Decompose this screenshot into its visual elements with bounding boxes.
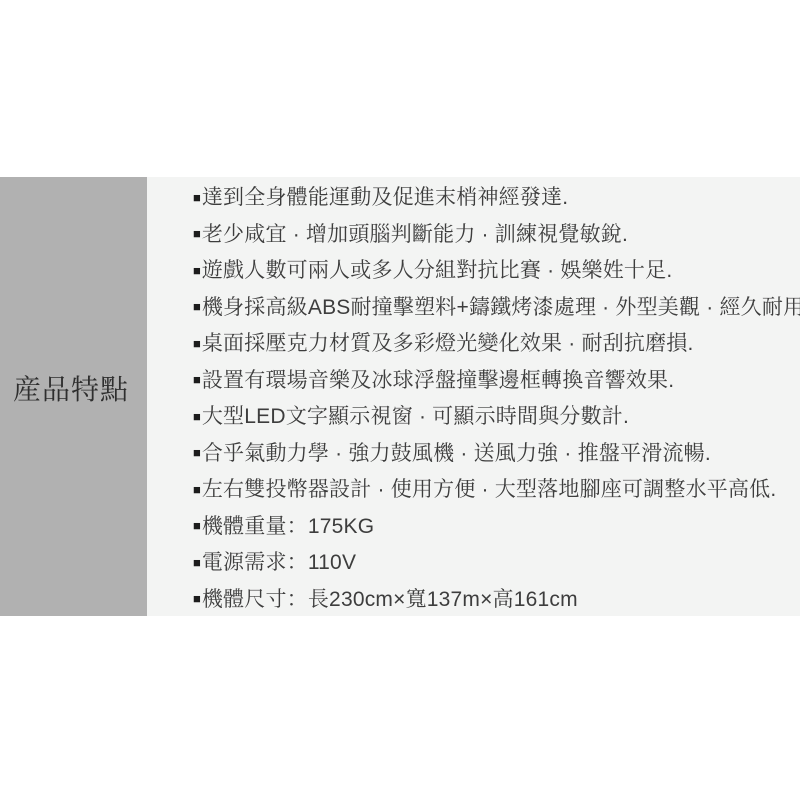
features-list: ■達到全身體能運動及促進末梢神經發達.■老少咸宜 · 增加頭腦判斷能力 · 訓練… xyxy=(147,177,800,616)
feature-text: 左右雙投幣器設計 · 使用方便 · 大型落地腳座可調整水平高低. xyxy=(202,473,777,503)
feature-text: 電源需求：110V xyxy=(202,546,356,576)
feature-item: ■機體重量：175KG xyxy=(193,507,800,544)
feature-item: ■電源需求：110V xyxy=(193,543,800,580)
sidebar-label: 産品特點 xyxy=(13,368,129,408)
bullet-square-icon: ■ xyxy=(193,227,201,240)
feature-text: 機身採高級ABS耐撞擊塑料+鑄鐵烤漆處理 · 外型美觀 · 經久耐用. xyxy=(202,291,800,321)
bullet-square-icon: ■ xyxy=(193,519,201,532)
bullet-square-icon: ■ xyxy=(193,191,201,204)
feature-text: 老少咸宜 · 增加頭腦判斷能力 · 訓練視覺敏銳. xyxy=(202,218,628,248)
feature-text: 達到全身體能運動及促進末梢神經發達. xyxy=(202,181,568,211)
feature-item: ■大型LED文字顯示視窗 · 可顯示時間與分數計. xyxy=(193,397,800,434)
bullet-square-icon: ■ xyxy=(193,483,201,496)
bullet-square-icon: ■ xyxy=(193,300,201,313)
product-features-panel: 産品特點 ■達到全身體能運動及促進末梢神經發達.■老少咸宜 · 增加頭腦判斷能力… xyxy=(0,177,800,616)
feature-text: 桌面採壓克力材質及多彩燈光變化效果 · 耐刮抗磨損. xyxy=(202,327,694,357)
feature-text: 遊戲人數可兩人或多人分組對抗比賽 · 娛樂姓十足. xyxy=(202,254,673,284)
feature-text: 機體重量：175KG xyxy=(202,510,374,540)
bullet-square-icon: ■ xyxy=(193,337,201,350)
features-sidebar: 産品特點 xyxy=(0,177,147,616)
feature-text: 合乎氣動力學 · 強力鼓風機 · 送風力強 · 推盤平滑流暢. xyxy=(202,437,711,467)
feature-item: ■桌面採壓克力材質及多彩燈光變化效果 · 耐刮抗磨損. xyxy=(193,324,800,361)
feature-item: ■達到全身體能運動及促進末梢神經發達. xyxy=(193,178,800,215)
bullet-square-icon: ■ xyxy=(193,373,201,386)
bullet-square-icon: ■ xyxy=(193,556,201,569)
feature-text: 大型LED文字顯示視窗 · 可顯示時間與分數計. xyxy=(202,400,629,430)
bullet-square-icon: ■ xyxy=(193,264,201,277)
feature-item: ■左右雙投幣器設計 · 使用方便 · 大型落地腳座可調整水平高低. xyxy=(193,470,800,507)
feature-text: 機體尺寸：長230cm×寬137m×高161cm xyxy=(202,583,578,613)
bullet-square-icon: ■ xyxy=(193,410,201,423)
bullet-square-icon: ■ xyxy=(193,446,201,459)
features-content: ■達到全身體能運動及促進末梢神經發達.■老少咸宜 · 增加頭腦判斷能力 · 訓練… xyxy=(147,177,800,616)
bullet-square-icon: ■ xyxy=(193,592,201,605)
feature-item: ■機體尺寸：長230cm×寬137m×高161cm xyxy=(193,580,800,617)
feature-item: ■機身採高級ABS耐撞擊塑料+鑄鐵烤漆處理 · 外型美觀 · 經久耐用. xyxy=(193,288,800,325)
feature-item: ■設置有環場音樂及冰球浮盤撞擊邊框轉換音響效果. xyxy=(193,361,800,398)
feature-item: ■合乎氣動力學 · 強力鼓風機 · 送風力強 · 推盤平滑流暢. xyxy=(193,434,800,471)
feature-text: 設置有環場音樂及冰球浮盤撞擊邊框轉換音響效果. xyxy=(202,364,674,394)
feature-item: ■遊戲人數可兩人或多人分組對抗比賽 · 娛樂姓十足. xyxy=(193,251,800,288)
feature-item: ■老少咸宜 · 增加頭腦判斷能力 · 訓練視覺敏銳. xyxy=(193,215,800,252)
